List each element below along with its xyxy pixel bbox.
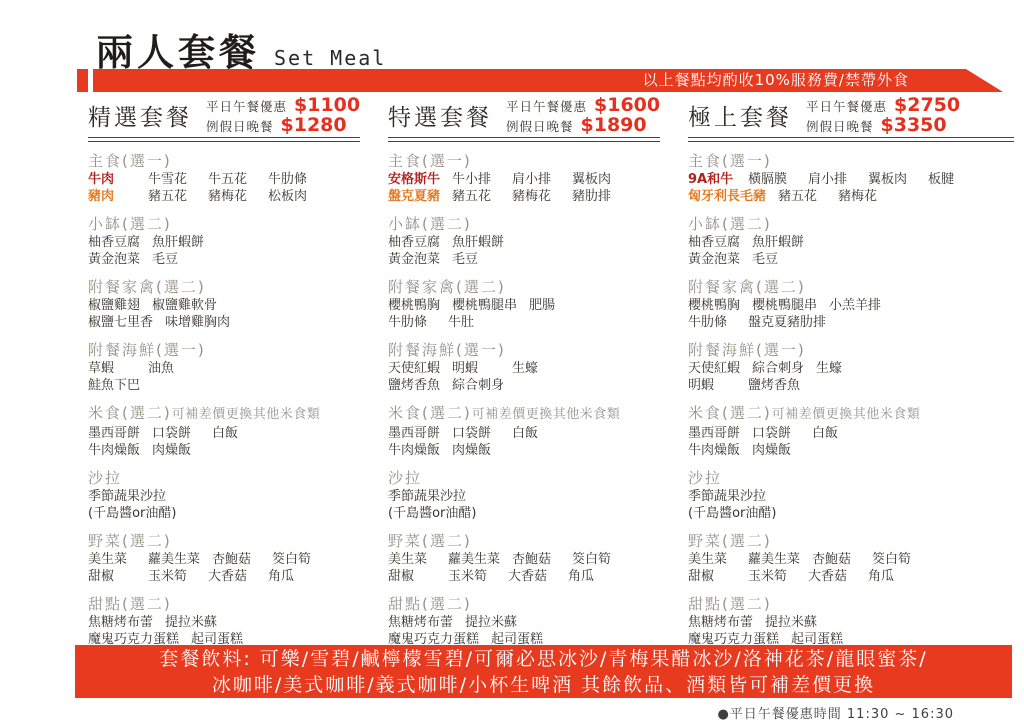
menu-item: 蘿美生菜 xyxy=(148,552,200,569)
menu-item: 綜合刺身 xyxy=(752,361,804,378)
section-title: 甜點(選二) xyxy=(688,595,1014,613)
menu-item: 季節蔬果沙拉 xyxy=(388,489,466,506)
menu-item: 綜合刺身 xyxy=(452,378,504,395)
menu-item: 牛肋條 xyxy=(268,172,316,189)
menu-item: 椒鹽雞軟骨 xyxy=(152,298,217,315)
price-label: 例假日晚餐 xyxy=(806,118,874,136)
menu-section: 主食(選一)安格斯牛牛小排肩小排翼板肉盤克夏豬豬五花豬梅花豬肋排 xyxy=(388,152,660,205)
price-label: 例假日晚餐 xyxy=(506,118,574,136)
menu-section: 附餐家禽(選二)椒鹽雞翅椒鹽雞軟骨椒鹽七里香味增雞胸肉 xyxy=(88,278,360,331)
section-title-text: 小缽(選二) xyxy=(88,215,172,233)
section-title-text: 野菜(選二) xyxy=(88,532,172,550)
section-title-text: 沙拉 xyxy=(88,469,122,487)
section-title-text: 主食(選一) xyxy=(388,152,472,170)
section-title-text: 主食(選一) xyxy=(88,152,172,170)
item-row: 櫻桃鴨胸櫻桃鴨腿串肥腸 xyxy=(388,298,660,315)
menu-column-2: 特選套餐平日午餐優惠$1600例假日晚餐$1890主食(選一)安格斯牛牛小排肩小… xyxy=(388,97,660,648)
section-title-text: 甜點(選二) xyxy=(688,595,772,613)
menu-item: 美生菜 xyxy=(688,552,736,569)
menu-item: 橫膈膜 xyxy=(748,172,796,189)
section-title-suffix: 可補差價更換其他米食類 xyxy=(172,407,321,422)
menu-item: 肥腸 xyxy=(529,298,577,315)
menu-item: 玉米筍 xyxy=(448,569,496,586)
menu-item: 豬梅花 xyxy=(208,189,256,206)
banner-bar: 以上餐點均酌收10%服務費/禁帶外食 xyxy=(93,69,1024,92)
menu-section: 小缽(選二)柚香豆腐魚肝蝦餅黃金泡菜毛豆 xyxy=(688,215,1014,268)
section-title: 附餐家禽(選二) xyxy=(88,278,360,296)
item-row: 季節蔬果沙拉 xyxy=(88,489,360,506)
menu-item: 豬五花 xyxy=(452,189,500,206)
item-row: 匈牙利長毛豬豬五花豬梅花 xyxy=(688,189,1014,206)
menu-item: (千島醬or油醋) xyxy=(88,506,176,523)
item-row: 天使紅蝦明蝦生蠔 xyxy=(388,361,660,378)
section-title: 附餐海鮮(選一) xyxy=(388,341,660,359)
item-row: 美生菜蘿美生菜杏鮑菇筊白筍 xyxy=(388,552,660,569)
menu-item: 牛雪花 xyxy=(148,172,196,189)
menu-section: 沙拉季節蔬果沙拉(千島醬or油醋) xyxy=(388,469,660,522)
menu-item: 焦糖烤布蕾 xyxy=(88,615,153,632)
menu-item: 翼板肉 xyxy=(572,172,620,189)
menu-item: 明蝦 xyxy=(688,378,736,395)
menu-item: 季節蔬果沙拉 xyxy=(688,489,766,506)
menu-section: 小缽(選二)柚香豆腐魚肝蝦餅黃金泡菜毛豆 xyxy=(88,215,360,268)
section-title-text: 米食(選二) xyxy=(388,404,472,422)
menu-column-1: 精選套餐平日午餐優惠$1100例假日晚餐$1280主食(選一)牛肉牛雪花牛五花牛… xyxy=(88,97,360,648)
menu-item: 甜椒 xyxy=(88,569,136,586)
menu-section: 主食(選一)牛肉牛雪花牛五花牛肋條豬肉豬五花豬梅花松板肉 xyxy=(88,152,360,205)
menu-item: 油魚 xyxy=(148,361,196,378)
menu-item: 牛肉燥飯 xyxy=(688,443,740,460)
section-title: 主食(選一) xyxy=(388,152,660,170)
menu-section: 沙拉季節蔬果沙拉(千島醬or油醋) xyxy=(88,469,360,522)
menu-item: 口袋餅 xyxy=(752,426,800,443)
price-row: 例假日晚餐$1890 xyxy=(506,116,660,136)
section-title: 附餐海鮮(選一) xyxy=(88,341,360,359)
item-row: 柚香豆腐魚肝蝦餅 xyxy=(688,235,1014,252)
menu-page: 兩人套餐 Set Meal 以上餐點均酌收10%服務費/禁帶外食 精選套餐平日午… xyxy=(0,0,1024,725)
menu-item: 鹽烤香魚 xyxy=(388,378,440,395)
menu-item: 牛肉燥飯 xyxy=(388,443,440,460)
price-value: $2750 xyxy=(894,96,960,114)
section-title-suffix: 可補差價更換其他米食類 xyxy=(472,407,621,422)
menu-item: 白飯 xyxy=(212,426,260,443)
item-row: 墨西哥餅口袋餅白飯 xyxy=(88,426,360,443)
item-row: 美生菜蘿美生菜杏鮑菇筊白筍 xyxy=(88,552,360,569)
item-row: 牛肋條盤克夏豬肋排 xyxy=(688,315,1014,332)
column-header: 特選套餐平日午餐優惠$1600例假日晚餐$1890 xyxy=(388,97,660,134)
price-value: $1280 xyxy=(281,116,347,134)
item-row: 鮭魚下巴 xyxy=(88,378,360,395)
menu-item: 角瓜 xyxy=(268,569,316,586)
price-label: 例假日晚餐 xyxy=(206,118,274,136)
item-row: 美生菜蘿美生菜杏鮑菇筊白筍 xyxy=(688,552,1014,569)
menu-section: 小缽(選二)柚香豆腐魚肝蝦餅黃金泡菜毛豆 xyxy=(388,215,660,268)
menu-item: 豬梅花 xyxy=(512,189,560,206)
price-row: 平日午餐優惠$1100 xyxy=(206,96,360,116)
menu-section: 附餐海鮮(選一)天使紅蝦明蝦生蠔鹽烤香魚綜合刺身 xyxy=(388,341,660,394)
menu-item: 柚香豆腐 xyxy=(88,235,140,252)
section-title-text: 小缽(選二) xyxy=(688,215,772,233)
item-row: 黃金泡菜毛豆 xyxy=(88,252,360,269)
item-row: 焦糖烤布蕾提拉米蘇 xyxy=(88,615,360,632)
menu-item: 櫻桃鴨腿串 xyxy=(752,298,817,315)
column-title: 極上套餐 xyxy=(688,99,792,132)
double-rule xyxy=(388,137,660,142)
section-title: 小缽(選二) xyxy=(88,215,360,233)
menu-item: 板腱 xyxy=(928,172,976,189)
menu-item: 天使紅蝦 xyxy=(688,361,740,378)
menu-section: 野菜(選二)美生菜蘿美生菜杏鮑菇筊白筍甜椒玉米筍大香菇角瓜 xyxy=(88,532,360,585)
item-row: 天使紅蝦綜合刺身生蠔 xyxy=(688,361,1014,378)
item-row: 柚香豆腐魚肝蝦餅 xyxy=(388,235,660,252)
menu-section: 野菜(選二)美生菜蘿美生菜杏鮑菇筊白筍甜椒玉米筍大香菇角瓜 xyxy=(688,532,1014,585)
column-header: 極上套餐平日午餐優惠$2750例假日晚餐$3350 xyxy=(688,97,1014,134)
menu-section: 附餐海鮮(選一)天使紅蝦綜合刺身生蠔明蝦鹽烤香魚 xyxy=(688,341,1014,394)
menu-item: 魚肝蝦餅 xyxy=(152,235,204,252)
price-block: 平日午餐優惠$1100例假日晚餐$1280 xyxy=(206,96,360,136)
menu-item: 牛肋條 xyxy=(688,315,736,332)
menu-item: (千島醬or油醋) xyxy=(688,506,776,523)
menu-item: 杏鮑菇 xyxy=(212,552,260,569)
section-title: 主食(選一) xyxy=(688,152,1014,170)
section-title: 甜點(選二) xyxy=(88,595,360,613)
menu-item: 肉燥飯 xyxy=(752,443,800,460)
price-value: $1100 xyxy=(294,96,360,114)
menu-section: 主食(選一)9A和牛橫膈膜肩小排翼板肉板腱匈牙利長毛豬豬五花豬梅花 xyxy=(688,152,1014,205)
section-title: 米食(選二)可補差價更換其他米食類 xyxy=(88,404,360,424)
menu-item: 毛豆 xyxy=(152,252,200,269)
menu-item: 柚香豆腐 xyxy=(688,235,740,252)
menu-item: 肉燥飯 xyxy=(452,443,500,460)
menu-section: 沙拉季節蔬果沙拉(千島醬or油醋) xyxy=(688,469,1014,522)
item-row: 焦糖烤布蕾提拉米蘇 xyxy=(388,615,660,632)
menu-item: 大香菇 xyxy=(808,569,856,586)
menu-item: 美生菜 xyxy=(88,552,136,569)
item-row: 季節蔬果沙拉 xyxy=(688,489,1014,506)
menu-item: 魚肝蝦餅 xyxy=(452,235,504,252)
menu-item: 提拉米蘇 xyxy=(165,615,217,632)
section-title-text: 附餐家禽(選二) xyxy=(688,278,806,296)
menu-section: 米食(選二)可補差價更換其他米食類墨西哥餅口袋餅白飯牛肉燥飯肉燥飯 xyxy=(88,404,360,459)
menu-section: 野菜(選二)美生菜蘿美生菜杏鮑菇筊白筍甜椒玉米筍大香菇角瓜 xyxy=(388,532,660,585)
item-row: 甜椒玉米筍大香菇角瓜 xyxy=(388,569,660,586)
menu-item: 口袋餅 xyxy=(152,426,200,443)
section-title: 主食(選一) xyxy=(88,152,360,170)
menu-section: 甜點(選二)焦糖烤布蕾提拉米蘇魔鬼巧克力蛋糕起司蛋糕 xyxy=(88,595,360,648)
menu-item: 筊白筍 xyxy=(272,552,320,569)
menu-item: 牛五花 xyxy=(208,172,256,189)
menu-item: 翼板肉 xyxy=(868,172,916,189)
item-row: 甜椒玉米筍大香菇角瓜 xyxy=(688,569,1014,586)
menu-item: 牛肉 xyxy=(88,172,136,189)
menu-item: 焦糖烤布蕾 xyxy=(388,615,453,632)
page-title-en: Set Meal xyxy=(274,46,386,70)
menu-item: 甜椒 xyxy=(688,569,736,586)
menu-columns: 精選套餐平日午餐優惠$1100例假日晚餐$1280主食(選一)牛肉牛雪花牛五花牛… xyxy=(88,97,1014,648)
menu-item: 黃金泡菜 xyxy=(388,252,440,269)
menu-item: 甜椒 xyxy=(388,569,436,586)
item-row: 黃金泡菜毛豆 xyxy=(388,252,660,269)
menu-item: 提拉米蘇 xyxy=(465,615,517,632)
menu-item: 角瓜 xyxy=(568,569,616,586)
menu-item: 生蠔 xyxy=(816,361,864,378)
item-row: 牛肉燥飯肉燥飯 xyxy=(388,443,660,460)
price-value: $3350 xyxy=(881,116,947,134)
menu-item: 椒鹽雞翅 xyxy=(88,298,140,315)
drinks-banner: 套餐飲料: 可樂/雪碧/鹹檸檬雪碧/可爾必思冰沙/青梅果醋冰沙/洛神花茶/龍眼蜜… xyxy=(75,645,1012,698)
menu-item: 明蝦 xyxy=(452,361,500,378)
menu-item: 櫻桃鴨胸 xyxy=(388,298,440,315)
section-title-suffix: 可補差價更換其他米食類 xyxy=(772,407,921,422)
menu-item: 天使紅蝦 xyxy=(388,361,440,378)
section-title-text: 小缽(選二) xyxy=(388,215,472,233)
column-header: 精選套餐平日午餐優惠$1100例假日晚餐$1280 xyxy=(88,97,360,134)
page-title: 兩人套餐 Set Meal xyxy=(96,22,386,76)
item-row: 甜椒玉米筍大香菇角瓜 xyxy=(88,569,360,586)
menu-item: 玉米筍 xyxy=(748,569,796,586)
menu-item: 墨西哥餅 xyxy=(688,426,740,443)
menu-item: 毛豆 xyxy=(752,252,800,269)
menu-item: 櫻桃鴨腿串 xyxy=(452,298,517,315)
lunch-hours-note: ●平日午餐優惠時間 11:30 ~ 16:30 xyxy=(717,703,954,722)
section-title-text: 米食(選二) xyxy=(688,404,772,422)
menu-item: 松板肉 xyxy=(268,189,316,206)
menu-item: 焦糖烤布蕾 xyxy=(688,615,753,632)
section-title-text: 野菜(選二) xyxy=(688,532,772,550)
menu-item: 蘿美生菜 xyxy=(748,552,800,569)
menu-item: 味增雞胸肉 xyxy=(165,315,230,332)
section-title-text: 附餐海鮮(選一) xyxy=(688,341,806,359)
section-title: 米食(選二)可補差價更換其他米食類 xyxy=(388,404,660,424)
menu-item: 椒鹽七里香 xyxy=(88,315,153,332)
section-title: 附餐家禽(選二) xyxy=(688,278,1014,296)
menu-section: 米食(選二)可補差價更換其他米食類墨西哥餅口袋餅白飯牛肉燥飯肉燥飯 xyxy=(688,404,1014,459)
menu-item: 安格斯牛 xyxy=(388,172,440,189)
menu-item: 牛肋條 xyxy=(388,315,436,332)
menu-item: 生蠔 xyxy=(512,361,560,378)
menu-item: 豬五花 xyxy=(778,189,826,206)
menu-section: 甜點(選二)焦糖烤布蕾提拉米蘇魔鬼巧克力蛋糕起司蛋糕 xyxy=(688,595,1014,648)
menu-item: 櫻桃鴨胸 xyxy=(688,298,740,315)
item-row: 明蝦鹽烤香魚 xyxy=(688,378,1014,395)
menu-item: 柚香豆腐 xyxy=(388,235,440,252)
section-title-text: 附餐家禽(選二) xyxy=(388,278,506,296)
banner-accent-chip xyxy=(77,69,88,92)
menu-item: 豬梅花 xyxy=(838,189,886,206)
item-row: 季節蔬果沙拉 xyxy=(388,489,660,506)
item-row: 椒鹽雞翅椒鹽雞軟骨 xyxy=(88,298,360,315)
item-row: 草蝦油魚 xyxy=(88,361,360,378)
menu-item: 白飯 xyxy=(512,426,560,443)
menu-item: 玉米筍 xyxy=(148,569,196,586)
item-row: (千島醬or油醋) xyxy=(688,506,1014,523)
page-title-zh: 兩人套餐 xyxy=(96,22,260,76)
menu-item: 盤克夏豬肋排 xyxy=(748,315,826,332)
menu-item: 鮭魚下巴 xyxy=(88,378,140,395)
menu-item: 豬肋排 xyxy=(572,189,620,206)
price-block: 平日午餐優惠$2750例假日晚餐$3350 xyxy=(806,96,960,136)
menu-section: 甜點(選二)焦糖烤布蕾提拉米蘇魔鬼巧克力蛋糕起司蛋糕 xyxy=(388,595,660,648)
menu-item: 提拉米蘇 xyxy=(765,615,817,632)
price-label: 平日午餐優惠 xyxy=(206,98,287,116)
menu-item: 蘿美生菜 xyxy=(448,552,500,569)
menu-column-3: 極上套餐平日午餐優惠$2750例假日晚餐$3350主食(選一)9A和牛橫膈膜肩小… xyxy=(688,97,1014,648)
section-title: 小缽(選二) xyxy=(688,215,1014,233)
menu-item: 季節蔬果沙拉 xyxy=(88,489,166,506)
menu-item: 毛豆 xyxy=(452,252,500,269)
menu-item: 魚肝蝦餅 xyxy=(752,235,804,252)
price-row: 例假日晚餐$3350 xyxy=(806,116,960,136)
item-row: 豬肉豬五花豬梅花松板肉 xyxy=(88,189,360,206)
price-label: 平日午餐優惠 xyxy=(806,98,887,116)
section-title: 沙拉 xyxy=(688,469,1014,487)
item-row: 墨西哥餅口袋餅白飯 xyxy=(688,426,1014,443)
section-title-text: 沙拉 xyxy=(388,469,422,487)
item-row: 9A和牛橫膈膜肩小排翼板肉板腱 xyxy=(688,172,1014,189)
price-block: 平日午餐優惠$1600例假日晚餐$1890 xyxy=(506,96,660,136)
double-rule xyxy=(88,137,360,142)
column-title: 精選套餐 xyxy=(88,99,192,132)
menu-section: 附餐海鮮(選一)草蝦油魚鮭魚下巴 xyxy=(88,341,360,394)
column-title: 特選套餐 xyxy=(388,99,492,132)
item-row: 櫻桃鴨胸櫻桃鴨腿串小羔羊排 xyxy=(688,298,1014,315)
menu-item: 匈牙利長毛豬 xyxy=(688,189,766,206)
menu-item: 大香菇 xyxy=(208,569,256,586)
item-row: 牛肋條牛肚 xyxy=(388,315,660,332)
menu-item: 鹽烤香魚 xyxy=(748,378,800,395)
menu-item: 黃金泡菜 xyxy=(688,252,740,269)
menu-item: 盤克夏豬 xyxy=(388,189,440,206)
menu-item: 墨西哥餅 xyxy=(88,426,140,443)
item-row: 鹽烤香魚綜合刺身 xyxy=(388,378,660,395)
menu-item: 小羔羊排 xyxy=(829,298,881,315)
menu-item: 黃金泡菜 xyxy=(88,252,140,269)
price-value: $1890 xyxy=(581,116,647,134)
item-row: 椒鹽七里香味增雞胸肉 xyxy=(88,315,360,332)
menu-item: 草蝦 xyxy=(88,361,136,378)
section-title: 沙拉 xyxy=(388,469,660,487)
service-fee-text: 以上餐點均酌收10%服務費/禁帶外食 xyxy=(643,71,909,89)
menu-item: 角瓜 xyxy=(868,569,916,586)
section-title: 附餐海鮮(選一) xyxy=(688,341,1014,359)
section-title-text: 甜點(選二) xyxy=(88,595,172,613)
menu-item: 杏鮑菇 xyxy=(512,552,560,569)
menu-item: 筊白筍 xyxy=(872,552,920,569)
menu-section: 附餐家禽(選二)櫻桃鴨胸櫻桃鴨腿串肥腸牛肋條牛肚 xyxy=(388,278,660,331)
menu-item: 牛肉燥飯 xyxy=(88,443,140,460)
menu-item: 豬肉 xyxy=(88,189,136,206)
menu-section: 米食(選二)可補差價更換其他米食類墨西哥餅口袋餅白飯牛肉燥飯肉燥飯 xyxy=(388,404,660,459)
item-row: (千島醬or油醋) xyxy=(88,506,360,523)
item-row: 牛肉燥飯肉燥飯 xyxy=(88,443,360,460)
menu-item: 豬五花 xyxy=(148,189,196,206)
menu-item: (千島醬or油醋) xyxy=(388,506,476,523)
menu-item: 美生菜 xyxy=(388,552,436,569)
double-rule xyxy=(688,137,1014,142)
section-title-text: 沙拉 xyxy=(688,469,722,487)
section-title: 米食(選二)可補差價更換其他米食類 xyxy=(688,404,1014,424)
item-row: 盤克夏豬豬五花豬梅花豬肋排 xyxy=(388,189,660,206)
price-row: 平日午餐優惠$1600 xyxy=(506,96,660,116)
item-row: 牛肉牛雪花牛五花牛肋條 xyxy=(88,172,360,189)
menu-item: 口袋餅 xyxy=(452,426,500,443)
menu-item: 肩小排 xyxy=(512,172,560,189)
item-row: (千島醬or油醋) xyxy=(388,506,660,523)
price-label: 平日午餐優惠 xyxy=(506,98,587,116)
drinks-line-2: 冰咖啡/美式咖啡/義式咖啡/小杯生啤酒 其餘飲品、酒類皆可補差價更換 xyxy=(75,672,1012,698)
price-row: 例假日晚餐$1280 xyxy=(206,116,360,136)
section-title-text: 主食(選一) xyxy=(688,152,772,170)
menu-item: 杏鮑菇 xyxy=(812,552,860,569)
section-title: 野菜(選二) xyxy=(388,532,660,550)
section-title-text: 甜點(選二) xyxy=(388,595,472,613)
item-row: 柚香豆腐魚肝蝦餅 xyxy=(88,235,360,252)
menu-section: 附餐家禽(選二)櫻桃鴨胸櫻桃鴨腿串小羔羊排牛肋條盤克夏豬肋排 xyxy=(688,278,1014,331)
section-title-text: 野菜(選二) xyxy=(388,532,472,550)
item-row: 黃金泡菜毛豆 xyxy=(688,252,1014,269)
price-value: $1600 xyxy=(594,96,660,114)
section-title: 附餐家禽(選二) xyxy=(388,278,660,296)
drinks-line-1: 套餐飲料: 可樂/雪碧/鹹檸檬雪碧/可爾必思冰沙/青梅果醋冰沙/洛神花茶/龍眼蜜… xyxy=(75,646,1012,672)
section-title: 小缽(選二) xyxy=(388,215,660,233)
section-title-text: 米食(選二) xyxy=(88,404,172,422)
service-fee-banner: 以上餐點均酌收10%服務費/禁帶外食 xyxy=(77,69,1024,92)
section-title: 野菜(選二) xyxy=(688,532,1014,550)
section-title: 野菜(選二) xyxy=(88,532,360,550)
menu-item: 9A和牛 xyxy=(688,172,736,189)
menu-item: 肩小排 xyxy=(808,172,856,189)
item-row: 安格斯牛牛小排肩小排翼板肉 xyxy=(388,172,660,189)
section-title: 沙拉 xyxy=(88,469,360,487)
menu-item: 白飯 xyxy=(812,426,860,443)
section-title-text: 附餐海鮮(選一) xyxy=(388,341,506,359)
menu-item: 牛肚 xyxy=(448,315,496,332)
menu-item: 大香菇 xyxy=(508,569,556,586)
menu-item: 肉燥飯 xyxy=(152,443,200,460)
section-title-text: 附餐海鮮(選一) xyxy=(88,341,206,359)
item-row: 墨西哥餅口袋餅白飯 xyxy=(388,426,660,443)
section-title: 甜點(選二) xyxy=(388,595,660,613)
section-title-text: 附餐家禽(選二) xyxy=(88,278,206,296)
item-row: 焦糖烤布蕾提拉米蘇 xyxy=(688,615,1014,632)
item-row: 牛肉燥飯肉燥飯 xyxy=(688,443,1014,460)
menu-item: 墨西哥餅 xyxy=(388,426,440,443)
menu-item: 牛小排 xyxy=(452,172,500,189)
menu-item: 筊白筍 xyxy=(572,552,620,569)
price-row: 平日午餐優惠$2750 xyxy=(806,96,960,116)
